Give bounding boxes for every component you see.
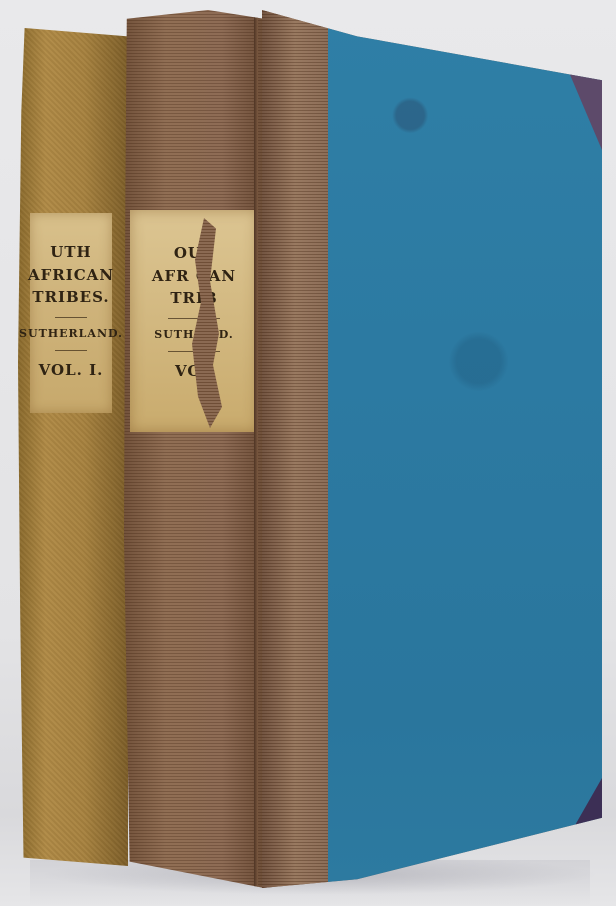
spine-volume: VOL. I. xyxy=(39,359,104,382)
spine-rule xyxy=(55,350,88,351)
book-volume-one: UTH AFRICAN TRIBES. SUTHERLAND. VOL. I. xyxy=(18,28,128,866)
spine-title-line-2: AFRICAN xyxy=(28,264,114,287)
cloth-backstrip xyxy=(262,10,328,888)
spine-title-line-1: UTH xyxy=(50,241,91,264)
spine-edge xyxy=(254,10,258,888)
book-volume-two-cover xyxy=(262,10,602,888)
blue-paper-board xyxy=(328,10,602,888)
spine-title-line-2: AFR CAN xyxy=(152,265,236,288)
spine-label-volume-two: OUT AFR CAN TRIB SUTHER D. VOL xyxy=(130,210,258,432)
spine-rule xyxy=(55,317,88,318)
book-volume-two-spine: OUT AFR CAN TRIB SUTHER D. VOL xyxy=(124,10,264,888)
spine-label-volume-one: UTH AFRICAN TRIBES. SUTHERLAND. VOL. I. xyxy=(30,213,112,413)
spine-title-line-3: TRIBES. xyxy=(32,286,109,309)
photo-scene: UTH AFRICAN TRIBES. SUTHERLAND. VOL. I. … xyxy=(0,0,616,906)
spine-author: SUTHERLAND. xyxy=(19,326,123,343)
